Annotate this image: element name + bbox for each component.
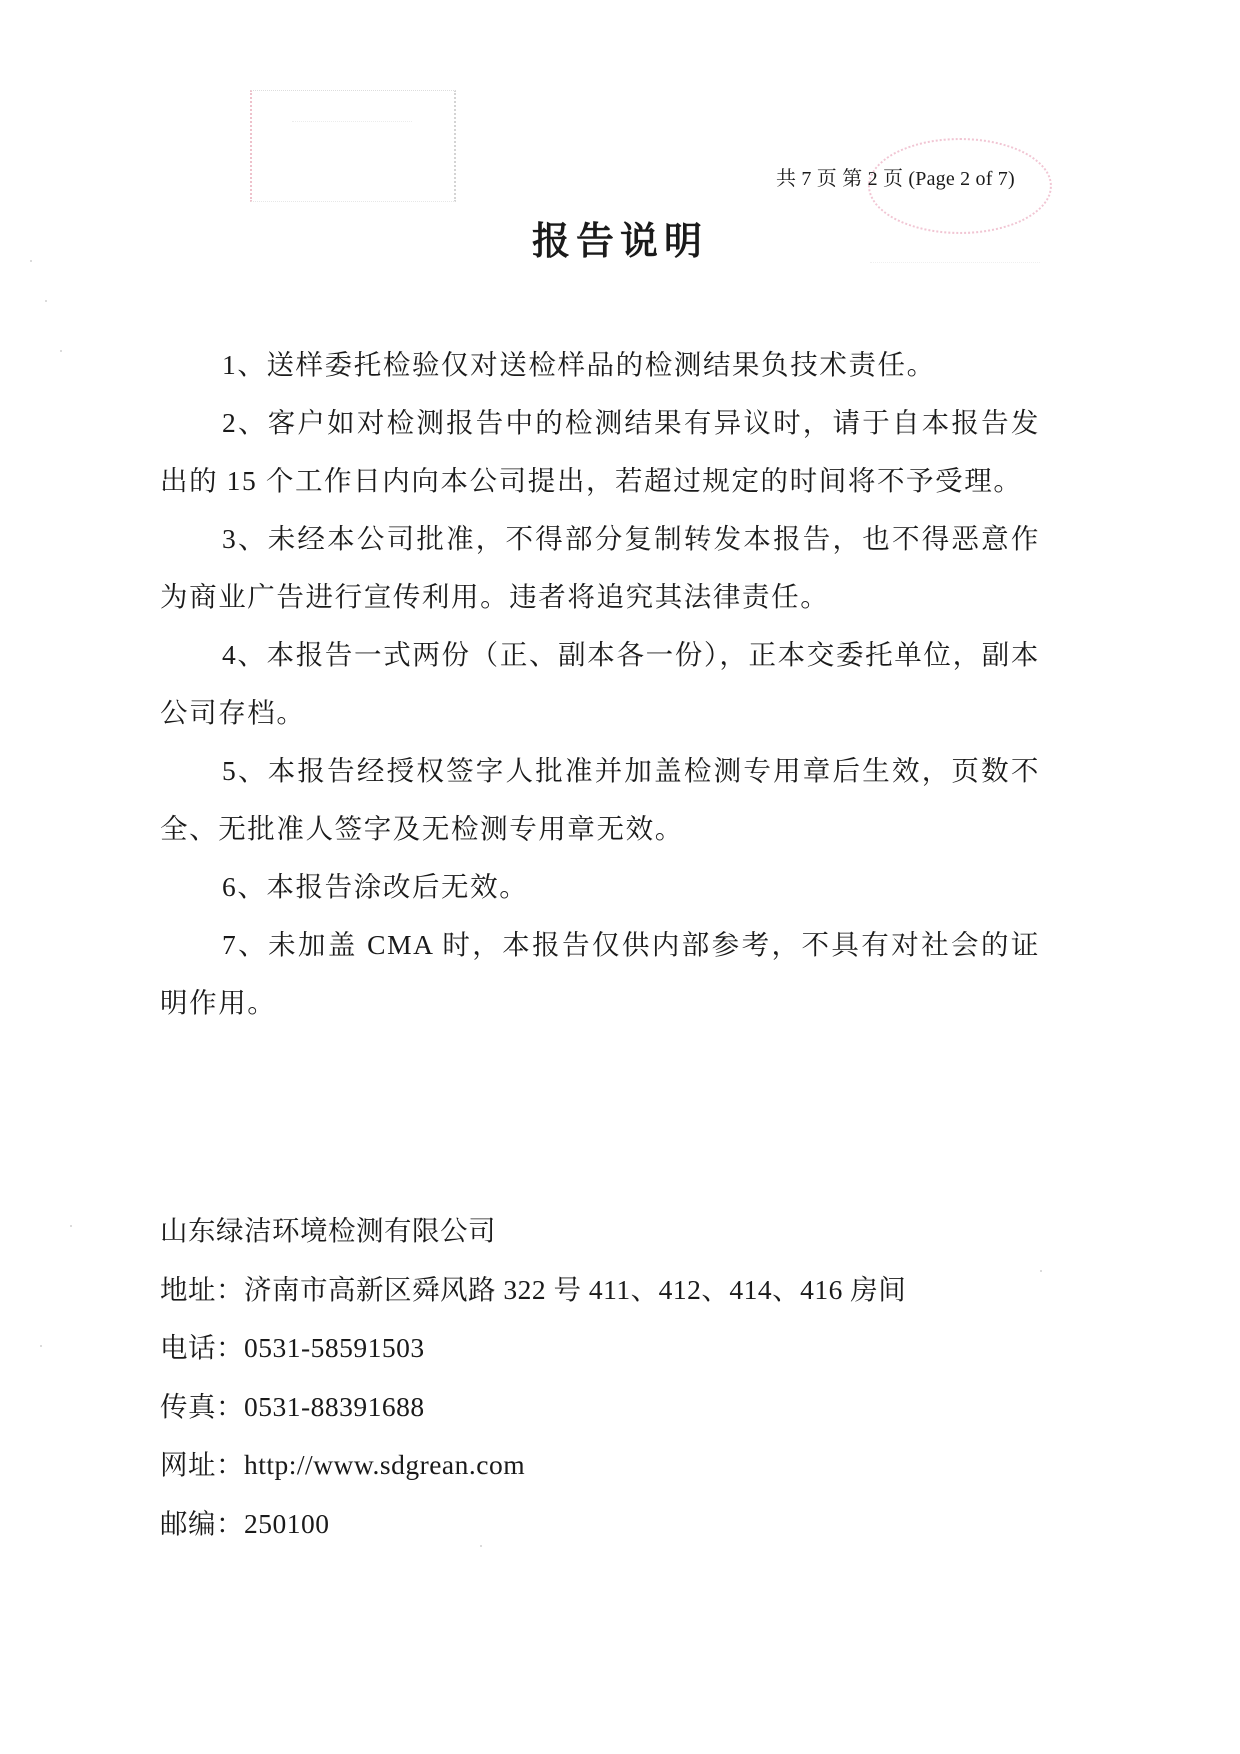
note-item: 6、本报告涂改后无效。 bbox=[160, 858, 1040, 916]
website-value: http://www.sdgrean.com bbox=[244, 1449, 525, 1480]
address-value: 济南市高新区舜风路 322 号 411、412、414、416 房间 bbox=[244, 1274, 906, 1305]
company-address: 地址：济南市高新区舜风路 322 号 411、412、414、416 房间 bbox=[160, 1261, 1060, 1320]
company-contact-block: 山东绿洁环境检测有限公司 地址：济南市高新区舜风路 322 号 411、412、… bbox=[160, 1202, 1060, 1553]
report-notes-list: 1、送样委托检验仅对送检样品的检测结果负技术责任。 2、客户如对检测报告中的检测… bbox=[160, 336, 1040, 1032]
website-label: 网址： bbox=[160, 1449, 244, 1480]
faded-seal-stamp bbox=[250, 90, 456, 202]
note-item: 2、客户如对检测报告中的检测结果有异议时，请于自本报告发出的 15 个工作日内向… bbox=[160, 394, 1040, 510]
address-label: 地址： bbox=[160, 1274, 244, 1305]
fax-value: 0531-88391688 bbox=[244, 1391, 425, 1422]
company-fax: 传真：0531-88391688 bbox=[160, 1378, 1060, 1437]
postcode-value: 250100 bbox=[244, 1508, 330, 1539]
note-item: 3、未经本公司批准，不得部分复制转发本报告，也不得恶意作为商业广告进行宣传利用。… bbox=[160, 510, 1040, 626]
page-title: 报告说明 bbox=[0, 210, 1240, 265]
phone-value: 0531-58591503 bbox=[244, 1332, 425, 1363]
page-number: 共 7 页 第 2 页 (Page 2 of 7) bbox=[776, 162, 1015, 191]
note-item: 5、本报告经授权签字人批准并加盖检测专用章后生效，页数不全、无批准人签字及无检测… bbox=[160, 742, 1040, 858]
fax-label: 传真： bbox=[160, 1391, 244, 1422]
document-page: 共 7 页 第 2 页 (Page 2 of 7) 报告说明 1、送样委托检验仅… bbox=[0, 0, 1240, 1754]
company-website: 网址：http://www.sdgrean.com bbox=[160, 1436, 1060, 1495]
note-item: 7、未加盖 CMA 时，本报告仅供内部参考，不具有对社会的证明作用。 bbox=[160, 916, 1040, 1032]
company-name: 山东绿洁环境检测有限公司 bbox=[160, 1202, 1060, 1261]
phone-label: 电话： bbox=[160, 1332, 244, 1363]
seal-stamp-inner bbox=[292, 121, 412, 172]
postcode-label: 邮编： bbox=[160, 1508, 244, 1539]
note-item: 1、送样委托检验仅对送检样品的检测结果负技术责任。 bbox=[160, 336, 1040, 394]
note-item: 4、本报告一式两份（正、副本各一份），正本交委托单位，副本公司存档。 bbox=[160, 626, 1040, 742]
company-phone: 电话：0531-58591503 bbox=[160, 1319, 1060, 1378]
company-postcode: 邮编：250100 bbox=[160, 1495, 1060, 1554]
